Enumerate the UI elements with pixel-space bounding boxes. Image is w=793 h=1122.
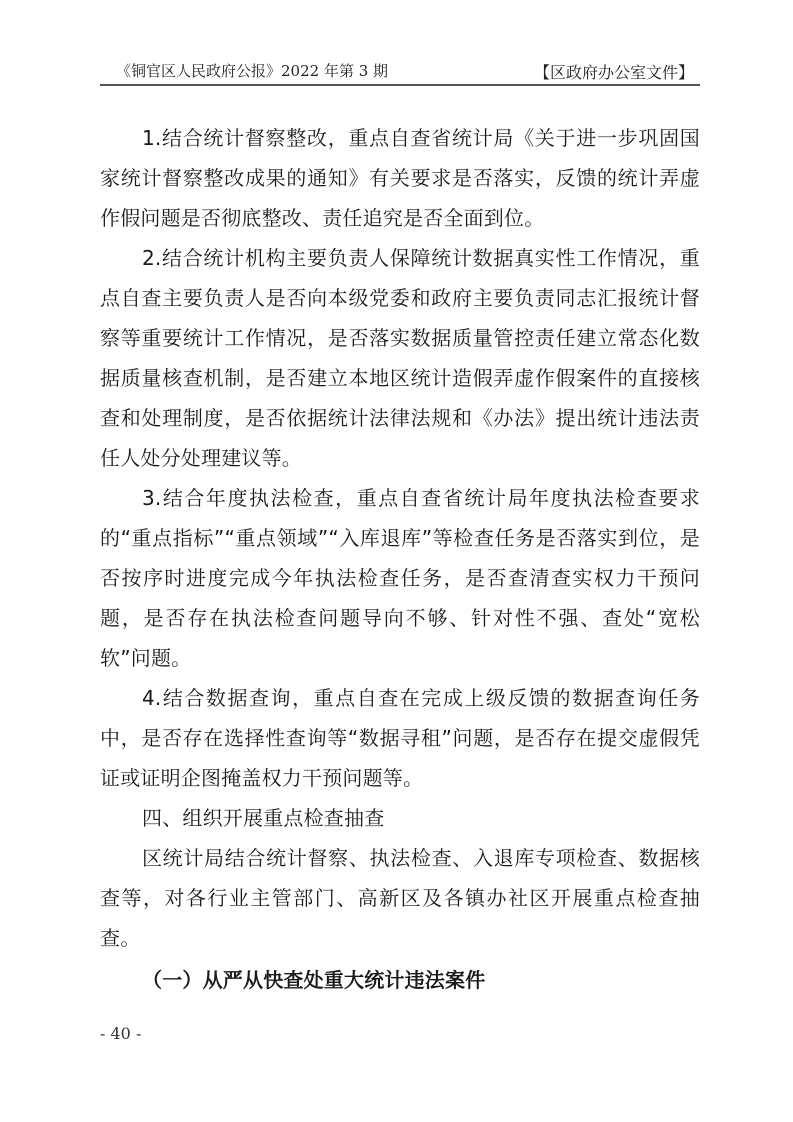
document-body: 1.结合统计督察整改，重点自查省统计局《关于进一步巩固国家统计督察整改成果的通知…	[100, 118, 700, 1000]
page-number: - 40 -	[100, 1024, 141, 1043]
header-divider	[100, 84, 700, 86]
publication-title: 《铜官区人民政府公报》2022 年第 3 期	[116, 60, 388, 81]
section-heading: 四、组织开展重点检查抽查	[100, 798, 700, 838]
paragraph-item-2: 2.结合统计机构主要负责人保障统计数据真实性工作情况，重点自查主要负责人是否向本…	[100, 238, 700, 478]
paragraph-section-intro: 区统计局结合统计督察、执法检查、入退库专项检查、数据核查等，对各行业主管部门、高…	[100, 838, 700, 958]
paragraph-item-4: 4.结合数据查询，重点自查在完成上级反馈的数据查询任务中，是否存在选择性查询等“…	[100, 678, 700, 798]
paragraph-item-1: 1.结合统计督察整改，重点自查省统计局《关于进一步巩固国家统计督察整改成果的通知…	[100, 118, 700, 238]
page-header: 《铜官区人民政府公报》2022 年第 3 期 【区政府办公室文件】	[100, 60, 700, 82]
paragraph-item-3: 3.结合年度执法检查，重点自查省统计局年度执法检查要求的“重点指标”“重点领域”…	[100, 478, 700, 678]
subsection-heading: （一）从严从快查处重大统计违法案件	[100, 960, 700, 1000]
section-label: 【区政府办公室文件】	[534, 60, 694, 83]
